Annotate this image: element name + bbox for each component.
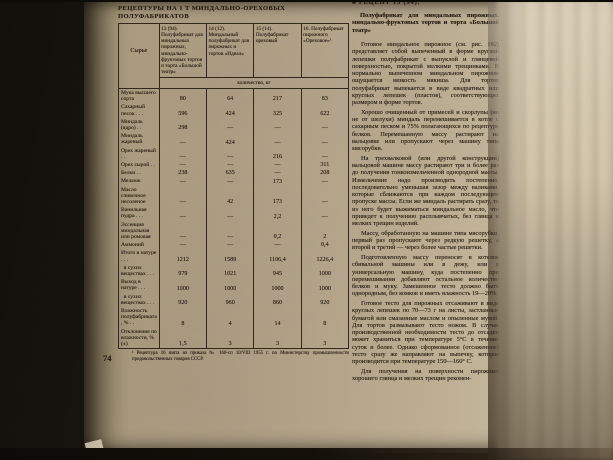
column-header-14: 14 (12). Миндальный полуфабрикат для пир… [206, 24, 253, 77]
cell-value: 173 [253, 177, 300, 185]
row-label: Масло сливочное несоленое [119, 186, 159, 207]
table-row: Мука высшего сорта806421783 [119, 89, 348, 103]
book-fore-edge [497, 0, 613, 460]
body-paragraph: Готовое миндальное пирожное (см. рис. 19… [352, 41, 499, 106]
row-label: Белки . . [119, 169, 159, 177]
article-column: ■РЕЦЕПТ 13 (94). Полуфабрикат для миндал… [352, 2, 499, 382]
table-row: в сухих веществах . . .920960860920 [119, 293, 348, 307]
cell-value: 14 [253, 307, 300, 328]
table-title: РЕЦЕПТУРЫ НА 1 Т МИНДАЛЬНО-ОРЕХОВЫХ ПОЛУ… [118, 5, 349, 20]
cell-value: 8 [159, 307, 206, 328]
cell-value: 83 [301, 89, 348, 103]
cell-value: — [301, 177, 348, 185]
cell-value: 2,2 [253, 206, 300, 220]
footnote: ¹ Рецептура 16 взята из приказа № 160-сп… [132, 351, 349, 362]
column-header-raw: Сырье [119, 24, 159, 77]
unit-header-row: количество, кг [119, 77, 348, 89]
cell-value: — [301, 206, 348, 220]
table-row: Сахарный песок . . .596424325622 [119, 103, 348, 117]
row-label: Влажность полуфабриката, % . . [119, 307, 159, 328]
cell-value: — [253, 118, 300, 132]
cell-value: 325 [253, 103, 300, 117]
cell-value: — [301, 132, 348, 146]
table-row: Масло сливочное несоленое—42173— [119, 186, 348, 207]
cell-value: 979 [159, 264, 206, 278]
body-paragraph: Для получения на поверхности пирожных хо… [352, 368, 499, 383]
cell-value: 42 [206, 186, 253, 207]
cell-value: — [301, 118, 348, 132]
cell-value: 238 [159, 169, 206, 177]
table-row: Ванильная пудра . . .——2,2— [119, 206, 348, 220]
body-paragraph: На трехвалковой (или другой конструкции)… [352, 155, 499, 228]
column-header-15: 15 (14). Полуфабрикат ореховый [253, 24, 300, 77]
page-number: 74 [103, 353, 112, 363]
cell-value: — [206, 177, 253, 185]
table-row: Белки . .238635—208 [119, 169, 348, 177]
section-marker-icon: ■ [352, 2, 357, 6]
cell-value: 8 [301, 307, 348, 328]
book-photo: РЕЦЕПТУРЫ НА 1 Т МИНДАЛЬНО-ОРЕХОВЫХ ПОЛУ… [0, 0, 613, 460]
row-label: Орех сырой . . [119, 161, 159, 169]
cell-value: 1212 [159, 249, 206, 263]
table-body: Мука высшего сорта806421783Сахарный песо… [119, 89, 348, 348]
cell-value: — [206, 241, 253, 249]
cell-value: 217 [253, 89, 300, 103]
book-top-edge [0, 0, 613, 2]
cell-value: 1000 [301, 278, 348, 292]
cell-value: — [253, 169, 300, 177]
cell-value: 3 [301, 328, 348, 349]
cell-value: — [159, 177, 206, 185]
cell-value: 945 [253, 264, 300, 278]
cell-value: 1,5 [159, 328, 206, 349]
row-label: Орех жареный . . [119, 147, 159, 161]
body-paragraph: Массу, обработанную на машине типа мясор… [352, 230, 499, 252]
row-label: Миндаль (ядро) . . [119, 118, 159, 132]
table-row: Отклонение по влажности, % (±)1,5333 [119, 328, 348, 349]
cell-value: — [253, 132, 300, 146]
table-row: Аммоний———0,4 [119, 241, 348, 249]
book-bottom-edge [0, 448, 613, 460]
cell-value: 4 [206, 307, 253, 328]
cell-value: — [159, 132, 206, 146]
cell-value: 1000 [253, 278, 300, 292]
cell-value: 424 [206, 103, 253, 117]
cell-value: — [159, 206, 206, 220]
table-row: Итого в натуре . . .121215891106,41226,4 [119, 249, 348, 263]
row-label: Выход в натуре . . . [119, 278, 159, 292]
column-header-13: 13 (94). Полуфабрикат для миндальных пир… [159, 24, 206, 77]
cell-value: — [159, 186, 206, 207]
table-row: Меланж——173— [119, 177, 348, 185]
row-label: Миндаль жареный [119, 132, 159, 146]
cell-value: — [206, 118, 253, 132]
cell-value: 920 [301, 293, 348, 307]
table-row: в сухих веществах . . .97910219451000 [119, 264, 348, 278]
cell-value: 1000 [301, 264, 348, 278]
table-column: РЕЦЕПТУРЫ НА 1 Т МИНДАЛЬНО-ОРЕХОВЫХ ПОЛУ… [118, 3, 349, 362]
cell-value: 173 [253, 186, 300, 207]
table-row: Орех жареный . .——216— [119, 147, 348, 161]
row-label: Ванильная пудра . . . [119, 206, 159, 220]
recipe-heading: ■РЕЦЕПТ 13 (94). [352, 2, 499, 6]
cell-value: 1589 [206, 249, 253, 263]
table-row: Миндаль (ядро) . .298——— [119, 118, 348, 132]
cell-value: 960 [206, 293, 253, 307]
unit-header: количество, кг [159, 77, 348, 88]
recipe-heading-text: РЕЦЕПТ 13 (94). [359, 2, 420, 6]
body-paragraph: Готовое тесто для пирожных отсаживают в … [352, 300, 499, 365]
cell-value: 298 [159, 118, 206, 132]
cell-value: 216 [253, 147, 300, 161]
table-row: Влажность полуфабриката, % . .84148 [119, 307, 348, 328]
row-label: Эссенция миндальная или ромовая [119, 221, 159, 242]
cell-value: — [159, 147, 206, 161]
row-label: Отклонение по влажности, % (±) [119, 328, 159, 349]
body-paragraph: Подготовленную массу переносят в котелок… [352, 254, 499, 298]
cell-value: 0,2 [253, 221, 300, 242]
cell-value: — [159, 161, 206, 169]
row-label: Аммоний [119, 241, 159, 249]
cell-value: 80 [159, 89, 206, 103]
cell-value: — [206, 161, 253, 169]
cell-value: 64 [206, 89, 253, 103]
cell-value: 1226,4 [301, 249, 348, 263]
body-paragraph: Хорошо очищенный от примесей и скорлупы … [352, 109, 499, 153]
cell-value: 860 [253, 293, 300, 307]
cell-value: — [253, 241, 300, 249]
cell-value: 2 [301, 221, 348, 242]
row-label: Итого в натуре . . . [119, 249, 159, 263]
recipe-table: Сырье 13 (94). Полуфабрикат для миндальн… [118, 23, 349, 349]
cell-value: — [301, 186, 348, 207]
cell-value: 0,4 [301, 241, 348, 249]
table-row: Выход в натуре . . .1000100010001000 [119, 278, 348, 292]
cell-value: 1000 [206, 278, 253, 292]
cell-value: 596 [159, 103, 206, 117]
row-label: в сухих веществах . . . [119, 264, 159, 278]
cell-value: 1021 [206, 264, 253, 278]
cell-value: — [206, 206, 253, 220]
cell-value: 3 [253, 328, 300, 349]
cell-value: — [159, 241, 206, 249]
cell-value: — [206, 221, 253, 242]
table-row: Эссенция миндальная или ромовая——0,22 [119, 221, 348, 242]
cell-value: — [253, 161, 300, 169]
footer-area: 74 ¹ Рецептура 16 взята из приказа № 160… [118, 351, 349, 362]
unit-header-spacer [119, 77, 159, 88]
table-row: Орех сырой . .———311 [119, 161, 348, 169]
article-paragraphs: Готовое миндальное пирожное (см. рис. 19… [352, 41, 499, 382]
row-label: Сахарный песок . . . [119, 103, 159, 117]
cell-value: — [159, 221, 206, 242]
cell-value: 1000 [159, 278, 206, 292]
table-row: Миндаль жареный—424—— [119, 132, 348, 146]
cell-value: 635 [206, 169, 253, 177]
recipe-title: Полуфабрикат для миндальных пирожных, ми… [352, 12, 499, 34]
cell-value: 1106,4 [253, 249, 300, 263]
cell-value: 311 [301, 161, 348, 169]
table-header-row: Сырье 13 (94). Полуфабрикат для миндальн… [119, 24, 348, 77]
cell-value: 622 [301, 103, 348, 117]
cell-value: 3 [206, 328, 253, 349]
column-header-16: 16. Полуфабрикат пирожного «Ореховое»¹ [301, 24, 348, 77]
cell-value: — [301, 147, 348, 161]
cell-value: — [206, 147, 253, 161]
row-label: в сухих веществах . . . [119, 293, 159, 307]
cell-value: 208 [301, 169, 348, 177]
row-label: Мука высшего сорта [119, 89, 159, 103]
cell-value: 920 [159, 293, 206, 307]
row-label: Меланж [119, 177, 159, 185]
cell-value: 424 [206, 132, 253, 146]
